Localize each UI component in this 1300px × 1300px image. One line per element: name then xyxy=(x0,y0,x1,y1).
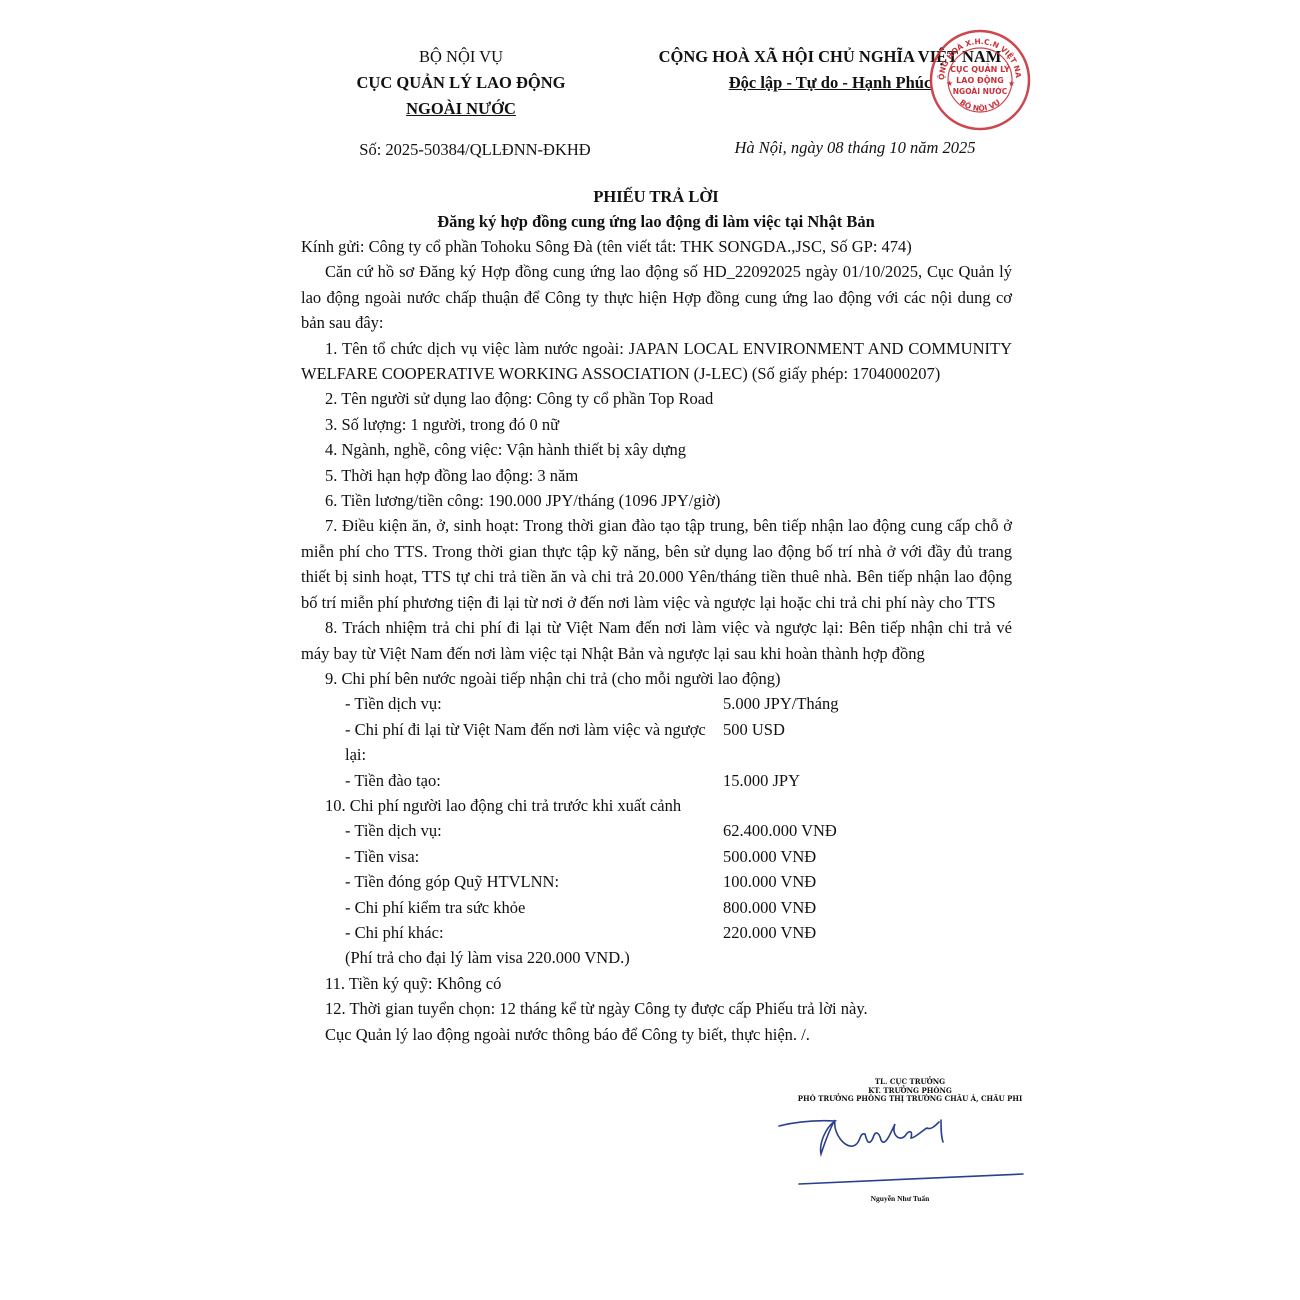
cost-label: - Tiền đóng góp Quỹ HTVLNN: xyxy=(301,869,723,894)
svg-text:★: ★ xyxy=(1008,79,1015,88)
item-6-salary: 6. Tiền lương/tiền công: 190.000 JPY/thá… xyxy=(301,488,1012,513)
svg-text:BỘ NỘI VỤ: BỘ NỘI VỤ xyxy=(958,98,1002,113)
item-7-living-conditions: 7. Điều kiện ăn, ở, sinh hoạt: Trong thờ… xyxy=(301,513,1012,615)
cost-row: - Tiền dịch vụ:62.400.000 VNĐ xyxy=(301,818,1012,843)
item-3-quantity: 3. Số lượng: 1 người, trong đó 0 nữ xyxy=(301,412,1012,437)
cost-value: 500.000 VNĐ xyxy=(723,844,1012,869)
cost-label: - Chi phí đi lại từ Việt Nam đến nơi làm… xyxy=(301,717,723,768)
stamp-inner-line2: LAO ĐỘNG xyxy=(956,75,1004,85)
cost-row: - Tiền dịch vụ:5.000 JPY/Tháng xyxy=(301,691,1012,716)
item-11-deposit: 11. Tiền ký quỹ: Không có xyxy=(301,971,1012,996)
item-10-cost-table: - Tiền dịch vụ:62.400.000 VNĐ- Tiền visa… xyxy=(301,818,1012,945)
cost-value: 62.400.000 VNĐ xyxy=(723,818,1012,843)
cost-row: - Chi phí kiểm tra sức khỏe800.000 VNĐ xyxy=(301,895,1012,920)
cost-label: - Tiền visa: xyxy=(301,844,723,869)
svg-text:★: ★ xyxy=(946,79,953,88)
stamp-bottom-text: BỘ NỘI VỤ xyxy=(958,98,1002,113)
recipient-line: Kính gửi: Công ty cổ phần Tohoku Sông Đà… xyxy=(301,234,1012,259)
cost-label: - Tiền đào tạo: xyxy=(301,768,723,793)
cost-value: 100.000 VNĐ xyxy=(723,869,1012,894)
item-10-heading: 10. Chi phí người lao động chi trả trước… xyxy=(301,793,1012,818)
cost-row: - Chi phí khác:220.000 VNĐ xyxy=(301,920,1012,945)
signature-block: TL. CỤC TRƯỞNG KT. TRƯỞNG PHÒNG PHÓ TRƯỞ… xyxy=(780,1078,1040,1104)
item-9-cost-table: - Tiền dịch vụ:5.000 JPY/Tháng- Chi phí … xyxy=(301,691,1012,793)
cost-value: 15.000 JPY xyxy=(723,768,1012,793)
cost-row: - Chi phí đi lại từ Việt Nam đến nơi làm… xyxy=(301,717,1012,768)
cost-value: 500 USD xyxy=(723,717,1012,768)
item-2-employer: 2. Tên người sử dụng lao động: Công ty c… xyxy=(301,386,1012,411)
item-5-contract-term: 5. Thời hạn hợp đồng lao động: 3 năm xyxy=(301,463,1012,488)
document-title-block: PHIẾU TRẢ LỜI Đăng ký hợp đồng cung ứng … xyxy=(300,184,1012,234)
document-number: Số: 2025-50384/QLLĐNN-ĐKHĐ xyxy=(330,140,620,160)
cost-value: 5.000 JPY/Tháng xyxy=(723,691,1012,716)
cost-label: - Chi phí khác: xyxy=(301,920,723,945)
intro-paragraph: Căn cứ hồ sơ Đăng ký Hợp đồng cung ứng l… xyxy=(301,259,1012,335)
cost-row: - Tiền đóng góp Quỹ HTVLNN:100.000 VNĐ xyxy=(301,869,1012,894)
item-8-travel-responsibility: 8. Trách nhiệm trả chi phí đi lại từ Việ… xyxy=(301,615,1012,666)
ministry-name: BỘ NỘI VỤ xyxy=(330,44,592,70)
cost-row: - Tiền đào tạo:15.000 JPY xyxy=(301,768,1012,793)
cost-label: - Chi phí kiểm tra sức khỏe xyxy=(301,895,723,920)
cost-value: 220.000 VNĐ xyxy=(723,920,1012,945)
document-body: Kính gửi: Công ty cổ phần Tohoku Sông Đà… xyxy=(301,234,1012,1047)
item-4-occupation: 4. Ngành, nghề, công việc: Vận hành thiế… xyxy=(301,437,1012,462)
cost-label: - Tiền dịch vụ: xyxy=(301,818,723,843)
item-12-selection-period: 12. Thời gian tuyển chọn: 12 tháng kể từ… xyxy=(301,996,1012,1021)
department-name-line1: CỤC QUẢN LÝ LAO ĐỘNG xyxy=(330,70,592,96)
item-1-recruitment-organization: 1. Tên tổ chức dịch vụ việc làm nước ngo… xyxy=(301,336,1012,387)
official-seal-icon: CỘNG HOÀ X.H.C.N VIỆT NAM CỤC QUẢN LÝ LA… xyxy=(926,28,1034,132)
closing-sentence: Cục Quản lý lao động ngoài nước thông bá… xyxy=(301,1022,1012,1047)
document-title: PHIẾU TRẢ LỜI xyxy=(300,184,1012,209)
stamp-inner-line3: NGOÀI NƯỚC xyxy=(953,87,1008,96)
item-9-heading: 9. Chi phí bên nước ngoài tiếp nhận chi … xyxy=(301,666,1012,691)
place-date: Hà Nội, ngày 08 tháng 10 năm 2025 xyxy=(700,138,1010,158)
signer-name: Nguyễn Như Tuấn xyxy=(800,1194,1000,1203)
signature-title-line3: PHÓ TRƯỞNG PHÒNG THỊ TRƯỜNG CHÂU Á, CHÂU… xyxy=(780,1095,1040,1104)
stamp-inner-line1: CỤC QUẢN LÝ xyxy=(950,63,1010,74)
item-10-note: (Phí trả cho đại lý làm visa 220.000 VND… xyxy=(301,945,1012,970)
cost-label: - Tiền dịch vụ: xyxy=(301,691,723,716)
cost-row: - Tiền visa:500.000 VNĐ xyxy=(301,844,1012,869)
document-subtitle: Đăng ký hợp đồng cung ứng lao động đi là… xyxy=(300,209,1012,234)
department-name-line2: NGOÀI NƯỚC xyxy=(330,96,592,122)
cost-value: 800.000 VNĐ xyxy=(723,895,1012,920)
handwritten-signature-icon xyxy=(775,1108,1035,1193)
issuing-agency-block: BỘ NỘI VỤ CỤC QUẢN LÝ LAO ĐỘNG NGOÀI NƯỚ… xyxy=(330,44,592,122)
